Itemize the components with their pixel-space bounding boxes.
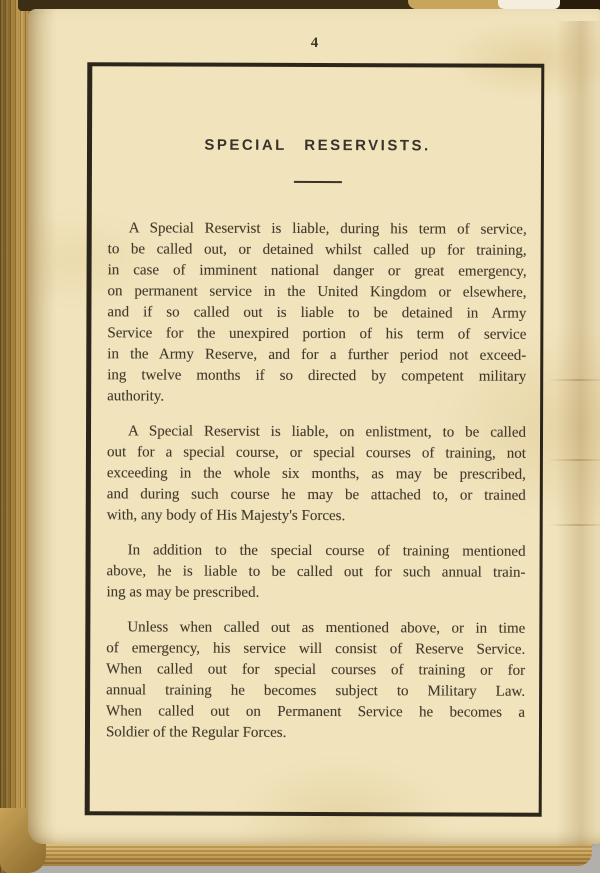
title-divider-rule <box>293 181 341 183</box>
page-edge-top-highlight <box>498 0 560 9</box>
text-line: ing twelve months if so directed by comp… <box>107 365 526 387</box>
scanned-book-page: 4 SPECIAL RESERVISTS. A Special Reservis… <box>0 0 600 873</box>
body-paragraphs: A Special Reservist is liable, during hi… <box>106 218 527 744</box>
page-number: 4 <box>86 35 543 52</box>
text-line: exceeding in the whole six months, as ma… <box>107 463 526 485</box>
crease-line <box>548 379 600 381</box>
text-line: in the Army Reserve, and for a further p… <box>107 344 526 366</box>
text-line: out for a special course, or special cou… <box>107 442 526 464</box>
text-line: A Special Reservist is liable, on enlist… <box>107 421 526 443</box>
text-line: above, he is liable to be called out for… <box>107 561 526 583</box>
text-line: Soldier of the Regular Forces. <box>106 722 525 744</box>
paragraph: In addition to the special course of tra… <box>106 540 525 604</box>
text-line: In addition to the special course of tra… <box>107 540 526 562</box>
text-line: authority. <box>107 386 526 408</box>
text-line: A Special Reservist is liable, during hi… <box>108 218 527 240</box>
text-line: Service for the unexpired portion of his… <box>107 323 526 345</box>
text-line: and if so called out is liable to be det… <box>107 302 526 324</box>
text-line: on permanent service in the United Kingd… <box>107 281 526 303</box>
text-line: When called out for special courses of t… <box>106 659 525 681</box>
page-title: SPECIAL RESERVISTS. <box>108 136 527 154</box>
paragraph: A Special Reservist is liable, on enlist… <box>107 421 526 527</box>
text-line: in case of imminent national danger or g… <box>108 260 527 282</box>
page-edge-top <box>408 0 508 9</box>
text-line: to be called out, or detained whilst cal… <box>108 239 527 261</box>
text-line: Unless when called out as mentioned abov… <box>106 617 525 639</box>
paragraph: A Special Reservist is liable, during hi… <box>107 218 527 408</box>
text-line: ing as may be prescribed. <box>106 582 525 604</box>
text-line: and during such course he may be attache… <box>107 484 526 506</box>
page-crease <box>556 21 600 847</box>
text-line: annual training he becomes subject to Mi… <box>106 680 525 702</box>
text-line: with, any body of His Majesty's Forces. <box>107 505 526 527</box>
crease-line <box>548 459 600 461</box>
text-line: When called out on Permanent Service he … <box>106 701 525 723</box>
paper-page: 4 SPECIAL RESERVISTS. A Special Reservis… <box>28 9 600 844</box>
book-spine <box>0 0 30 873</box>
text-line: of emergency, his service will consist o… <box>106 638 525 660</box>
crease-line <box>548 524 600 526</box>
page-rule-frame: SPECIAL RESERVISTS. A Special Reservist … <box>85 62 545 817</box>
paragraph: Unless when called out as mentioned abov… <box>106 617 525 744</box>
